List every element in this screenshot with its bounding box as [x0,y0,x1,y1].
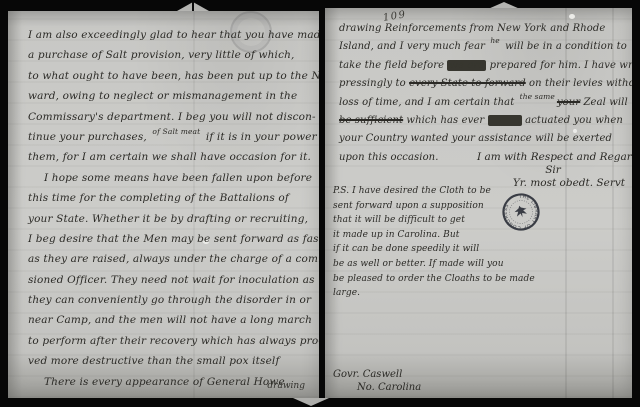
text-segment: as they are raised, always under the cha… [28,253,319,265]
manuscript-scan: I am also exceedingly glad to hear that … [0,0,640,407]
handwriting-line: loss of time, and I am certain that the … [339,94,630,112]
text-segment: your Country wanted your assistance will… [339,133,612,144]
text-segment: prepared for him. I have wrote [486,60,632,71]
letter-page-right: 109 drawing Reinforcements from New York… [325,8,632,398]
text-segment: this time for the completing of the Batt… [28,192,289,204]
text-segment: sent forward upon a supposition [333,201,484,211]
struck-text: every State to forward [409,78,526,89]
handwriting-line: as they are raised, always under the cha… [28,249,317,269]
handwriting-line: they can conveniently go through the dis… [28,290,317,310]
text-segment: on their levies without [526,78,632,89]
letter-body-right: drawing Reinforcements from New York and… [339,20,630,167]
handwriting-line: be sufficient which has ever ——— actuate… [339,112,630,130]
handwriting-line: I beg desire that the Men may be sent fo… [28,229,317,249]
handwriting-line: be as well or better. If made will you [333,257,513,272]
docket-recipient: Govr. Caswell [333,368,421,381]
text-segment: to perform after their recovery which ha… [28,335,319,347]
docket-place: No. Carolina [333,381,421,394]
handwriting-line: if it can be done speedily it will [333,242,513,257]
text-segment: to what ought to have been, has been put… [28,70,319,82]
handwriting-line: a purchase of Salt provision, very littl… [28,45,317,65]
text-segment: take the field before [339,60,447,71]
text-segment: loss of time, and I am certain that [339,97,518,108]
handwriting-line: take the field before we are prepared fo… [339,57,630,75]
text-segment: that it will be difficult to get [333,215,465,225]
handwriting-line: Island, and I very much fear he will be … [339,38,630,56]
text-segment: a purchase of Salt provision, very littl… [28,49,295,61]
handwriting-line: P.S. I have desired the Cloth to be [333,184,513,199]
text-segment: I hope some means have been fallen upon … [44,172,312,184]
text-segment: they can conveniently go through the dis… [28,294,311,306]
text-segment: Island, and I very much fear [339,41,488,52]
handwriting-line: it made up in Carolina. But [333,228,513,243]
handwriting-line: sioned Officer. They need not wait for i… [28,270,317,290]
text-segment: Commissary's department. I beg you will … [28,111,316,123]
handwriting-line: pressingly to every State to forward on … [339,75,630,93]
text-segment: I beg desire that the Men may be sent fo… [28,233,319,245]
catchword: drawing [267,381,305,391]
handwriting-line: this time for the completing of the Batt… [28,188,317,208]
text-segment: be pleased to order the Cloaths to be ma… [333,274,535,284]
text-segment: upon this occasion. [339,152,439,163]
text-segment: which has ever [403,115,487,126]
text-segment: I am also exceedingly glad to hear that … [28,29,319,41]
handwriting-line: near Camp, and the men will not have a l… [28,310,317,330]
text-segment: large. [333,288,360,298]
inserted-text: of Salt meat [152,127,200,136]
handwriting-line: I hope some means have been fallen upon … [28,168,317,188]
struck-text: we are [447,60,486,71]
handwriting-line: to perform after their recovery which ha… [28,331,317,351]
struck-text: your [557,97,580,108]
inserted-text: he [490,36,499,45]
closing-line: I am with Respect and Regard [477,151,629,164]
struck-text: be sufficient [339,115,403,126]
text-segment: if it is in your power to extend [202,131,319,143]
handwriting-line: sent forward upon a supposition [333,199,513,214]
handwriting-line: drawing Reinforcements from New York and… [339,20,630,38]
handwriting-line: I am also exceedingly glad to hear that … [28,25,317,45]
text-segment: will be in a condition to [502,41,627,52]
text-segment: sioned Officer. They need not wait for i… [28,274,315,286]
text-segment: it made up in Carolina. But [333,230,460,240]
text-segment: ved more destructive than the small pox … [28,355,279,367]
text-segment: be as well or better. If made will you [333,259,504,269]
handwriting-line: your Country wanted your assistance will… [339,130,630,148]
text-segment: actuated you when [522,115,623,126]
text-segment: if it can be done speedily it will [333,244,479,254]
handwriting-line: ved more destructive than the small pox … [28,351,317,371]
eagle-icon [513,204,528,219]
handwriting-line: tinue your purchases, of Salt meat if it… [28,127,317,147]
handwriting-line: that it will be difficult to get [333,213,513,228]
text-segment: Zeal will [580,97,628,108]
inserted-text: the same [520,92,555,101]
handwriting-line: to what ought to have been, has been put… [28,66,317,86]
text-segment: P.S. I have desired the Cloth to be [333,186,491,196]
text-segment: drawing Reinforcements from New York and… [339,23,605,34]
handwriting-line: Commissary's department. I beg you will … [28,107,317,127]
paper-speck [569,14,575,19]
struck-text: ——— [488,115,522,126]
letter-body-left: I am also exceedingly glad to hear that … [28,25,317,392]
page-corner-notch [293,398,329,406]
handwriting-line: them, for I am certain we shall have occ… [28,147,317,167]
handwriting-line: be pleased to order the Cloaths to be ma… [333,272,513,287]
closing-line: Sir [477,164,629,177]
text-segment: pressingly to [339,78,409,89]
handwriting-line: your State. Whether it be by drafting or… [28,209,317,229]
text-segment: ward, owing to neglect or mismanagement … [28,90,297,102]
address-docket: Govr. Caswell No. Carolina [333,368,421,394]
text-segment: There is every appearance of General How… [44,376,285,388]
text-segment: them, for I am certain we shall have occ… [28,151,311,163]
text-segment: tinue your purchases, [28,131,150,143]
handwriting-line: ward, owing to neglect or mismanagement … [28,86,317,106]
letter-page-left: I am also exceedingly glad to hear that … [8,11,319,398]
postscript-block: P.S. I have desired the Cloth to besent … [333,184,513,301]
text-segment: near Camp, and the men will not have a l… [28,314,312,326]
text-segment: your State. Whether it be by drafting or… [28,213,308,225]
handwriting-line: large. [333,286,513,301]
